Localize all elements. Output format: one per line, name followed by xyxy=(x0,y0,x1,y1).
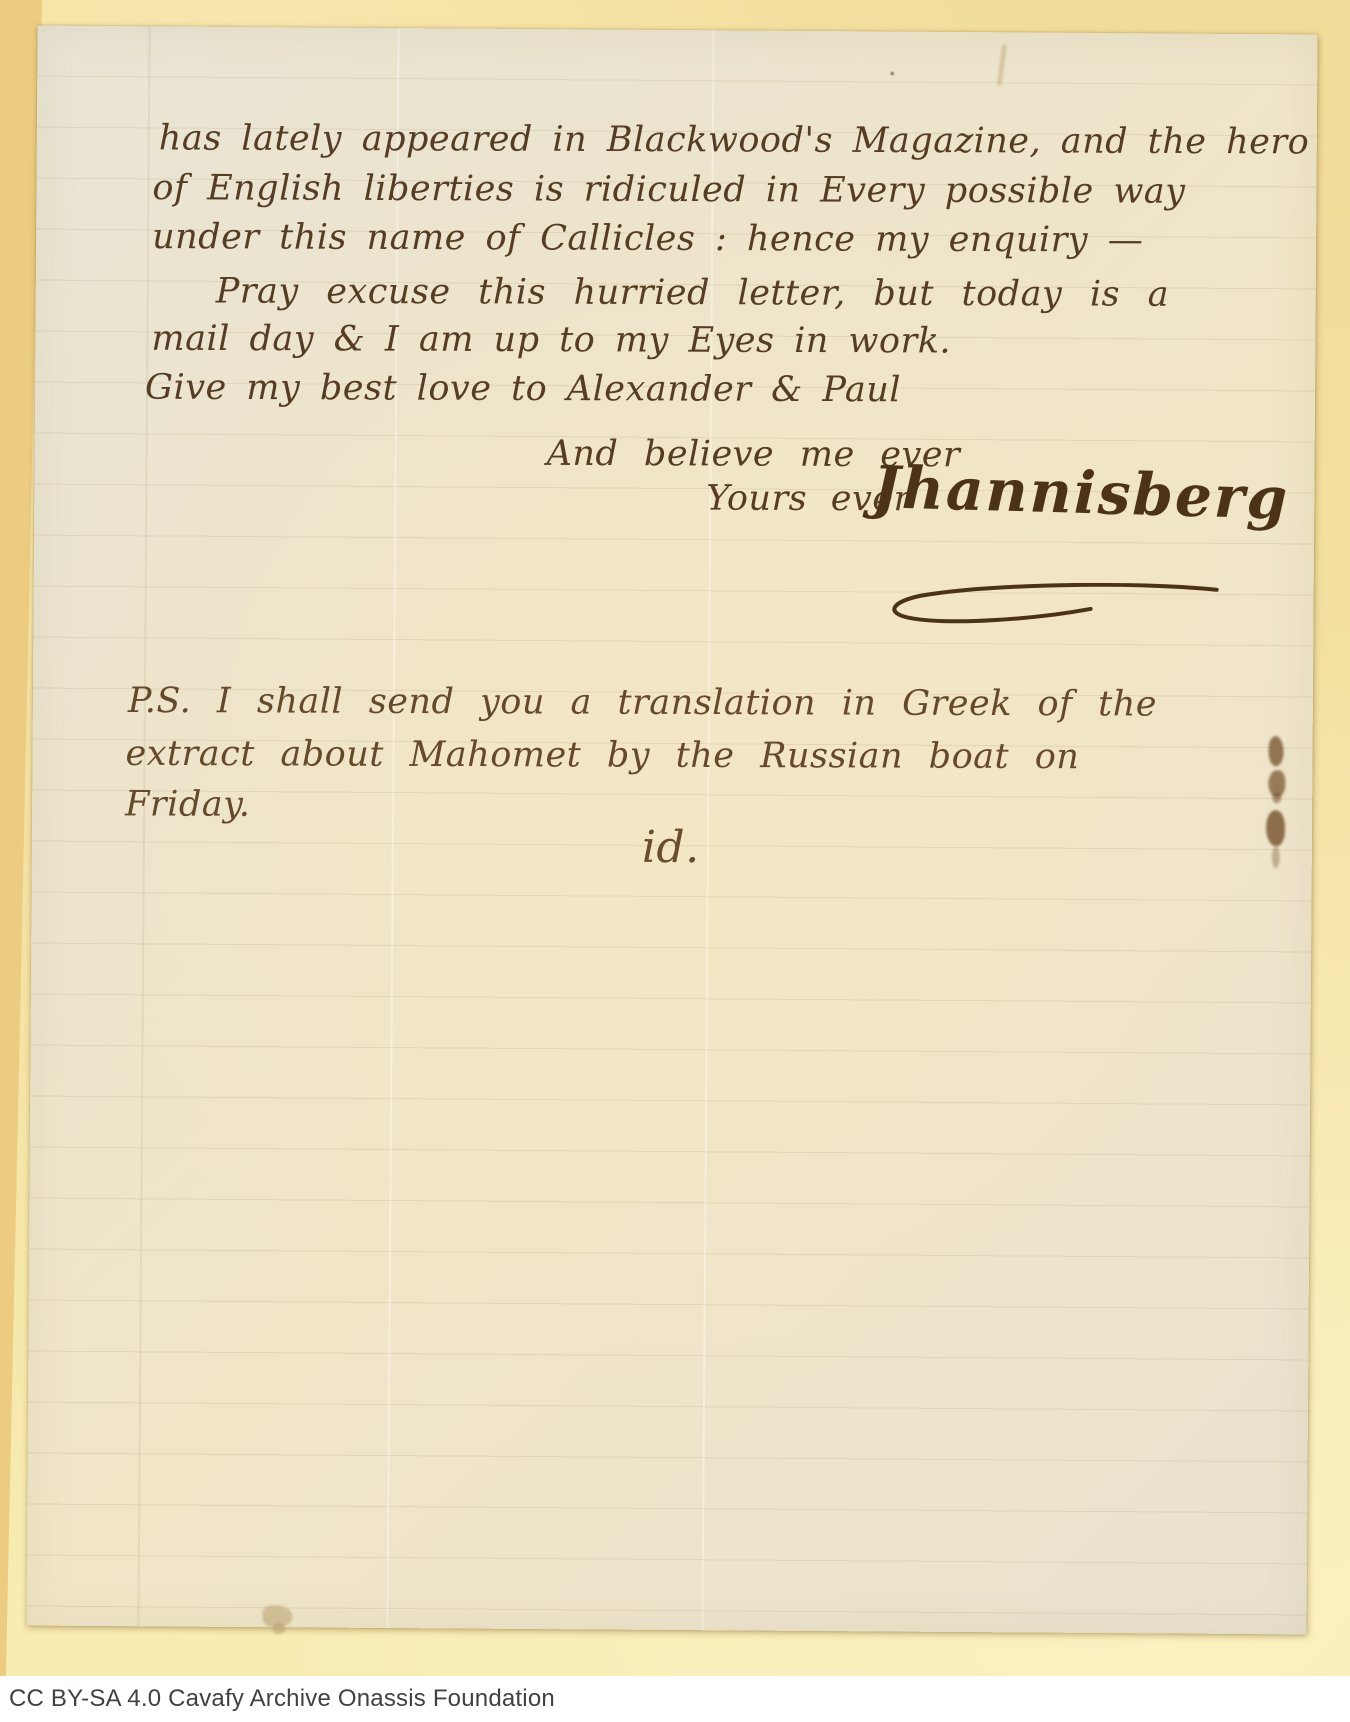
scan-background: has lately appeared in Blackwood's Magaz… xyxy=(0,0,1350,1676)
ink-stain xyxy=(1272,792,1281,803)
ink-stain xyxy=(1266,810,1285,846)
handwritten-line: Pray excuse this hurried letter, but tod… xyxy=(216,271,1169,314)
paper-stain xyxy=(272,1623,285,1634)
monogram-initials: id. xyxy=(642,822,700,873)
license-caption-bar: CC BY-SA 4.0 Cavafy Archive Onassis Foun… xyxy=(0,1676,1350,1722)
handwritten-line: of English liberties is ridiculed in Eve… xyxy=(152,168,1185,212)
paper-stain xyxy=(997,44,1007,86)
paper-speck xyxy=(890,72,894,76)
ink-stain xyxy=(1272,846,1280,868)
handwritten-line: under this name of Callicles : hence my … xyxy=(152,217,1143,260)
handwritten-line: has lately appeared in Blackwood's Magaz… xyxy=(159,118,1310,162)
paper-margin-line xyxy=(137,26,150,1626)
signature: Jhannisberg xyxy=(871,453,1290,533)
paper-crease xyxy=(386,28,399,1628)
handwritten-line: Give my best love to Alexander & Paul xyxy=(145,368,901,411)
postscript-line: Friday. xyxy=(125,784,250,824)
ink-stain xyxy=(1268,736,1283,766)
handwritten-line: mail day & I am up to my Eyes in work. xyxy=(151,319,951,362)
paper-crease xyxy=(701,30,714,1630)
postscript-line: extract about Mahomet by the Russian boa… xyxy=(125,734,1079,777)
signature-flourish-stroke xyxy=(878,581,1218,633)
postscript-line: P.S. I shall send you a translation in G… xyxy=(128,681,1157,725)
letter-paper: has lately appeared in Blackwood's Magaz… xyxy=(26,26,1317,1635)
scanned-letter-page: has lately appeared in Blackwood's Magaz… xyxy=(0,0,1350,1722)
license-caption: CC BY-SA 4.0 Cavafy Archive Onassis Foun… xyxy=(0,1685,555,1713)
